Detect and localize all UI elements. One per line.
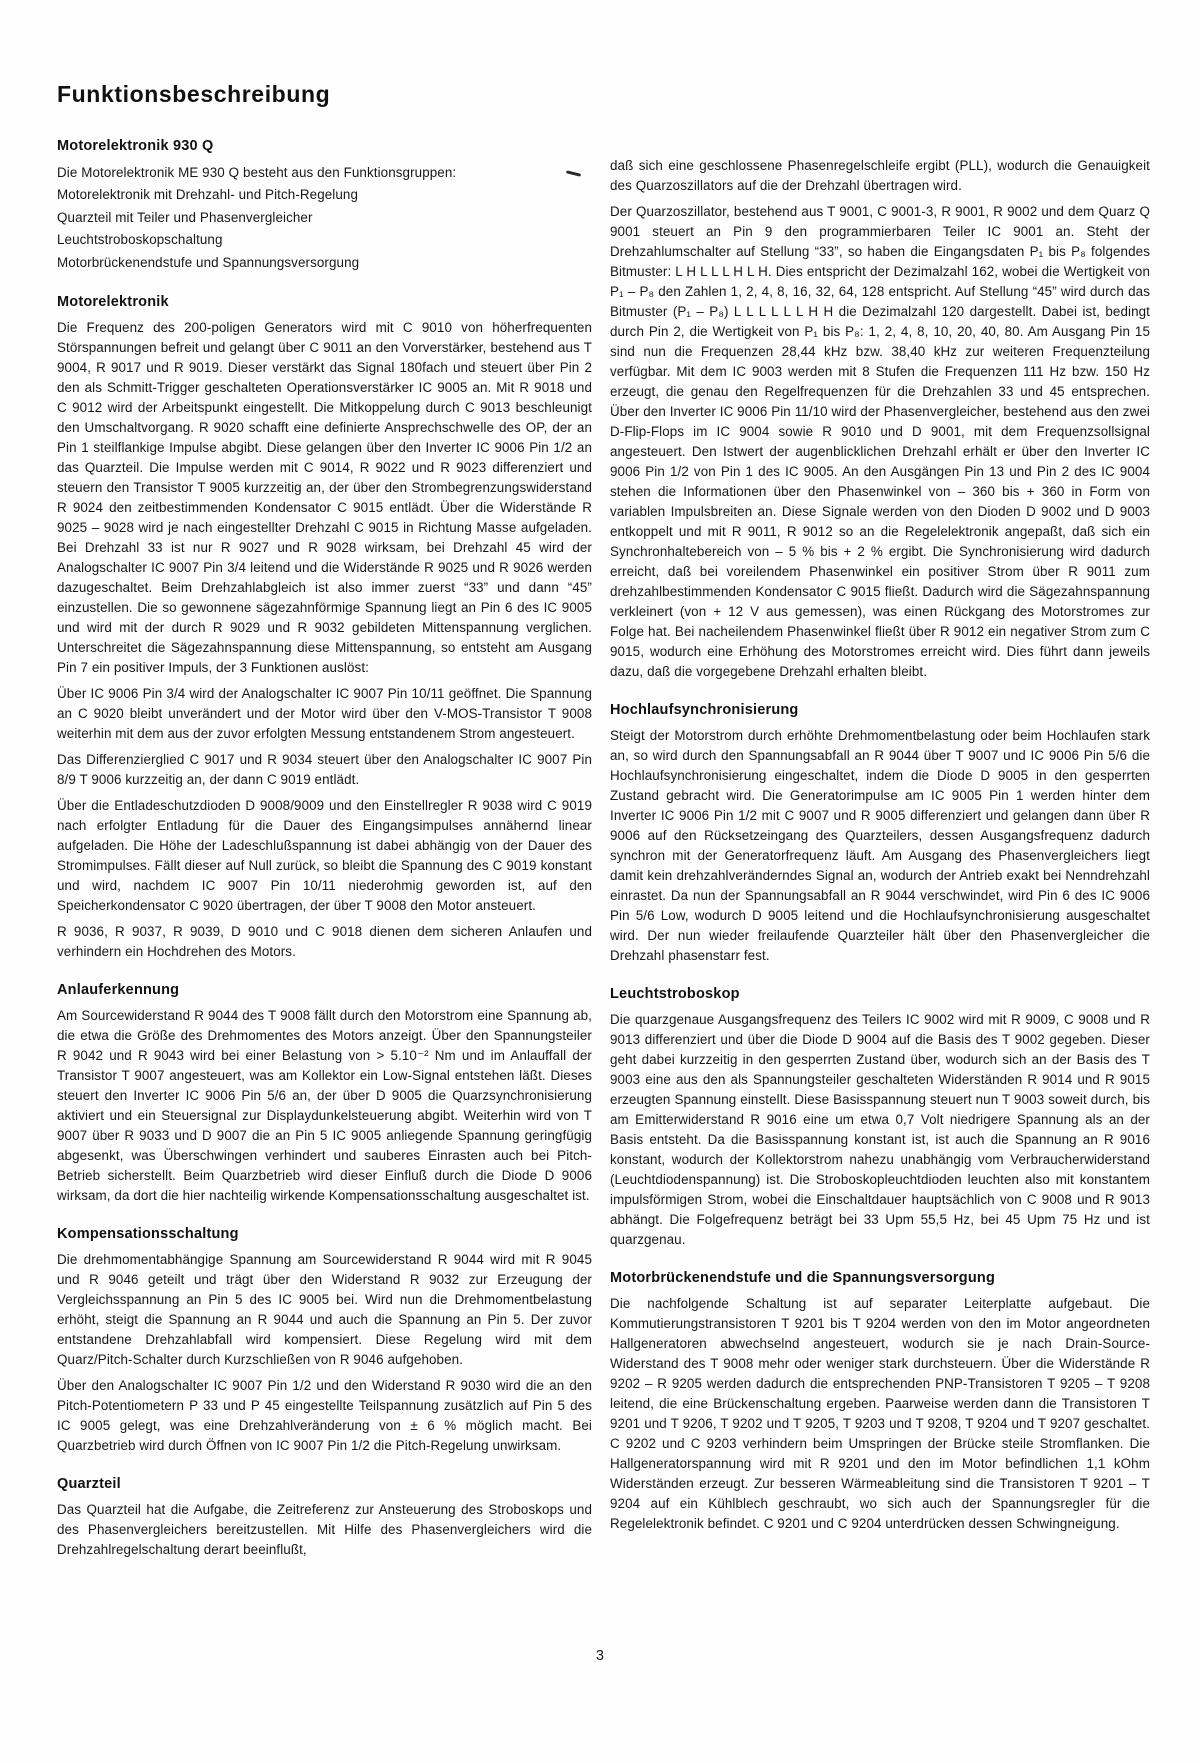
section-heading-kompensationsschaltung: Kompensationsschaltung	[57, 1224, 592, 1244]
function-group-item: Quarzteil mit Teiler und Phasenvergleich…	[57, 207, 592, 229]
section-quarzteil: Quarzteil Das Quarzteil hat die Aufgabe,…	[57, 1474, 592, 1560]
function-group-item: Motorelektronik mit Drehzahl- und Pitch-…	[57, 184, 592, 206]
body-paragraph: Die Frequenz des 200-poligen Generators …	[57, 318, 592, 678]
section-anlauferkennung: Anlauferkennung Am Sourcewiderstand R 90…	[57, 980, 592, 1206]
section-motorelektronik-930q: Motorelektronik 930 Q Die Motorelektroni…	[57, 136, 592, 274]
body-paragraph: Die quarzgenaue Ausgangsfrequenz des Tei…	[610, 1010, 1150, 1250]
body-paragraph: Über IC 9006 Pin 3/4 wird der Analogscha…	[57, 684, 592, 744]
body-paragraph: Der Quarzoszillator, bestehend aus T 900…	[610, 202, 1150, 682]
section-motorelektronik: Motorelektronik Die Frequenz des 200-pol…	[57, 292, 592, 962]
body-paragraph: Das Differenzierglied C 9017 und R 9034 …	[57, 750, 592, 790]
body-paragraph: Über die Entladeschutzdioden D 9008/9009…	[57, 796, 592, 916]
page-number: 3	[0, 1648, 1200, 1664]
left-column: Motorelektronik 930 Q Die Motorelektroni…	[57, 136, 592, 1560]
body-paragraph: R 9036, R 9037, R 9039, D 9010 und C 901…	[57, 922, 592, 962]
section-motorbrueckenendstufe: Motorbrückenendstufe und die Spannungsve…	[610, 1268, 1150, 1534]
body-paragraph: Am Sourcewiderstand R 9044 des T 9008 fä…	[57, 1006, 592, 1206]
body-paragraph: Die nachfolgende Schaltung ist auf separ…	[610, 1294, 1150, 1534]
section-heading-leuchtstroboskop: Leuchtstroboskop	[610, 984, 1150, 1004]
section-heading-motorelektronik-930q: Motorelektronik 930 Q	[57, 136, 592, 156]
section-quarzteil-continuation: daß sich eine geschlossene Phasenregelsc…	[610, 156, 1150, 682]
column-gap	[592, 136, 610, 1560]
function-group-item: Leuchtstroboskopschaltung	[57, 229, 592, 251]
body-paragraph: Über den Analogschalter IC 9007 Pin 1/2 …	[57, 1376, 592, 1456]
body-paragraph: Steigt der Motorstrom durch erhöhte Dreh…	[610, 726, 1150, 966]
page-title: Funktionsbeschreibung	[57, 80, 1150, 108]
section-heading-anlauferkennung: Anlauferkennung	[57, 980, 592, 1000]
two-column-layout: Motorelektronik 930 Q Die Motorelektroni…	[57, 136, 1150, 1560]
intro-lead: Die Motorelektronik ME 930 Q besteht aus…	[57, 162, 592, 184]
section-kompensationsschaltung: Kompensationsschaltung Die drehmomentabh…	[57, 1224, 592, 1456]
section-heading-quarzteil: Quarzteil	[57, 1474, 592, 1494]
section-heading-hochlaufsynchronisierung: Hochlaufsynchronisierung	[610, 700, 1150, 720]
section-hochlaufsynchronisierung: Hochlaufsynchronisierung Steigt der Moto…	[610, 700, 1150, 966]
body-paragraph: daß sich eine geschlossene Phasenregelsc…	[610, 156, 1150, 196]
body-paragraph: Das Quarzteil hat die Aufgabe, die Zeitr…	[57, 1500, 592, 1560]
section-heading-motorbrueckenendstufe: Motorbrückenendstufe und die Spannungsve…	[610, 1268, 1150, 1288]
document-page: Funktionsbeschreibung Motorelektronik 93…	[0, 0, 1200, 1763]
section-leuchtstroboskop: Leuchtstroboskop Die quarzgenaue Ausgang…	[610, 984, 1150, 1250]
function-group-item: Motorbrückenendstufe und Spannungsversor…	[57, 252, 592, 274]
body-paragraph: Die drehmomentabhängige Spannung am Sour…	[57, 1250, 592, 1370]
right-column: daß sich eine geschlossene Phasenregelsc…	[610, 136, 1150, 1560]
section-heading-motorelektronik: Motorelektronik	[57, 292, 592, 312]
